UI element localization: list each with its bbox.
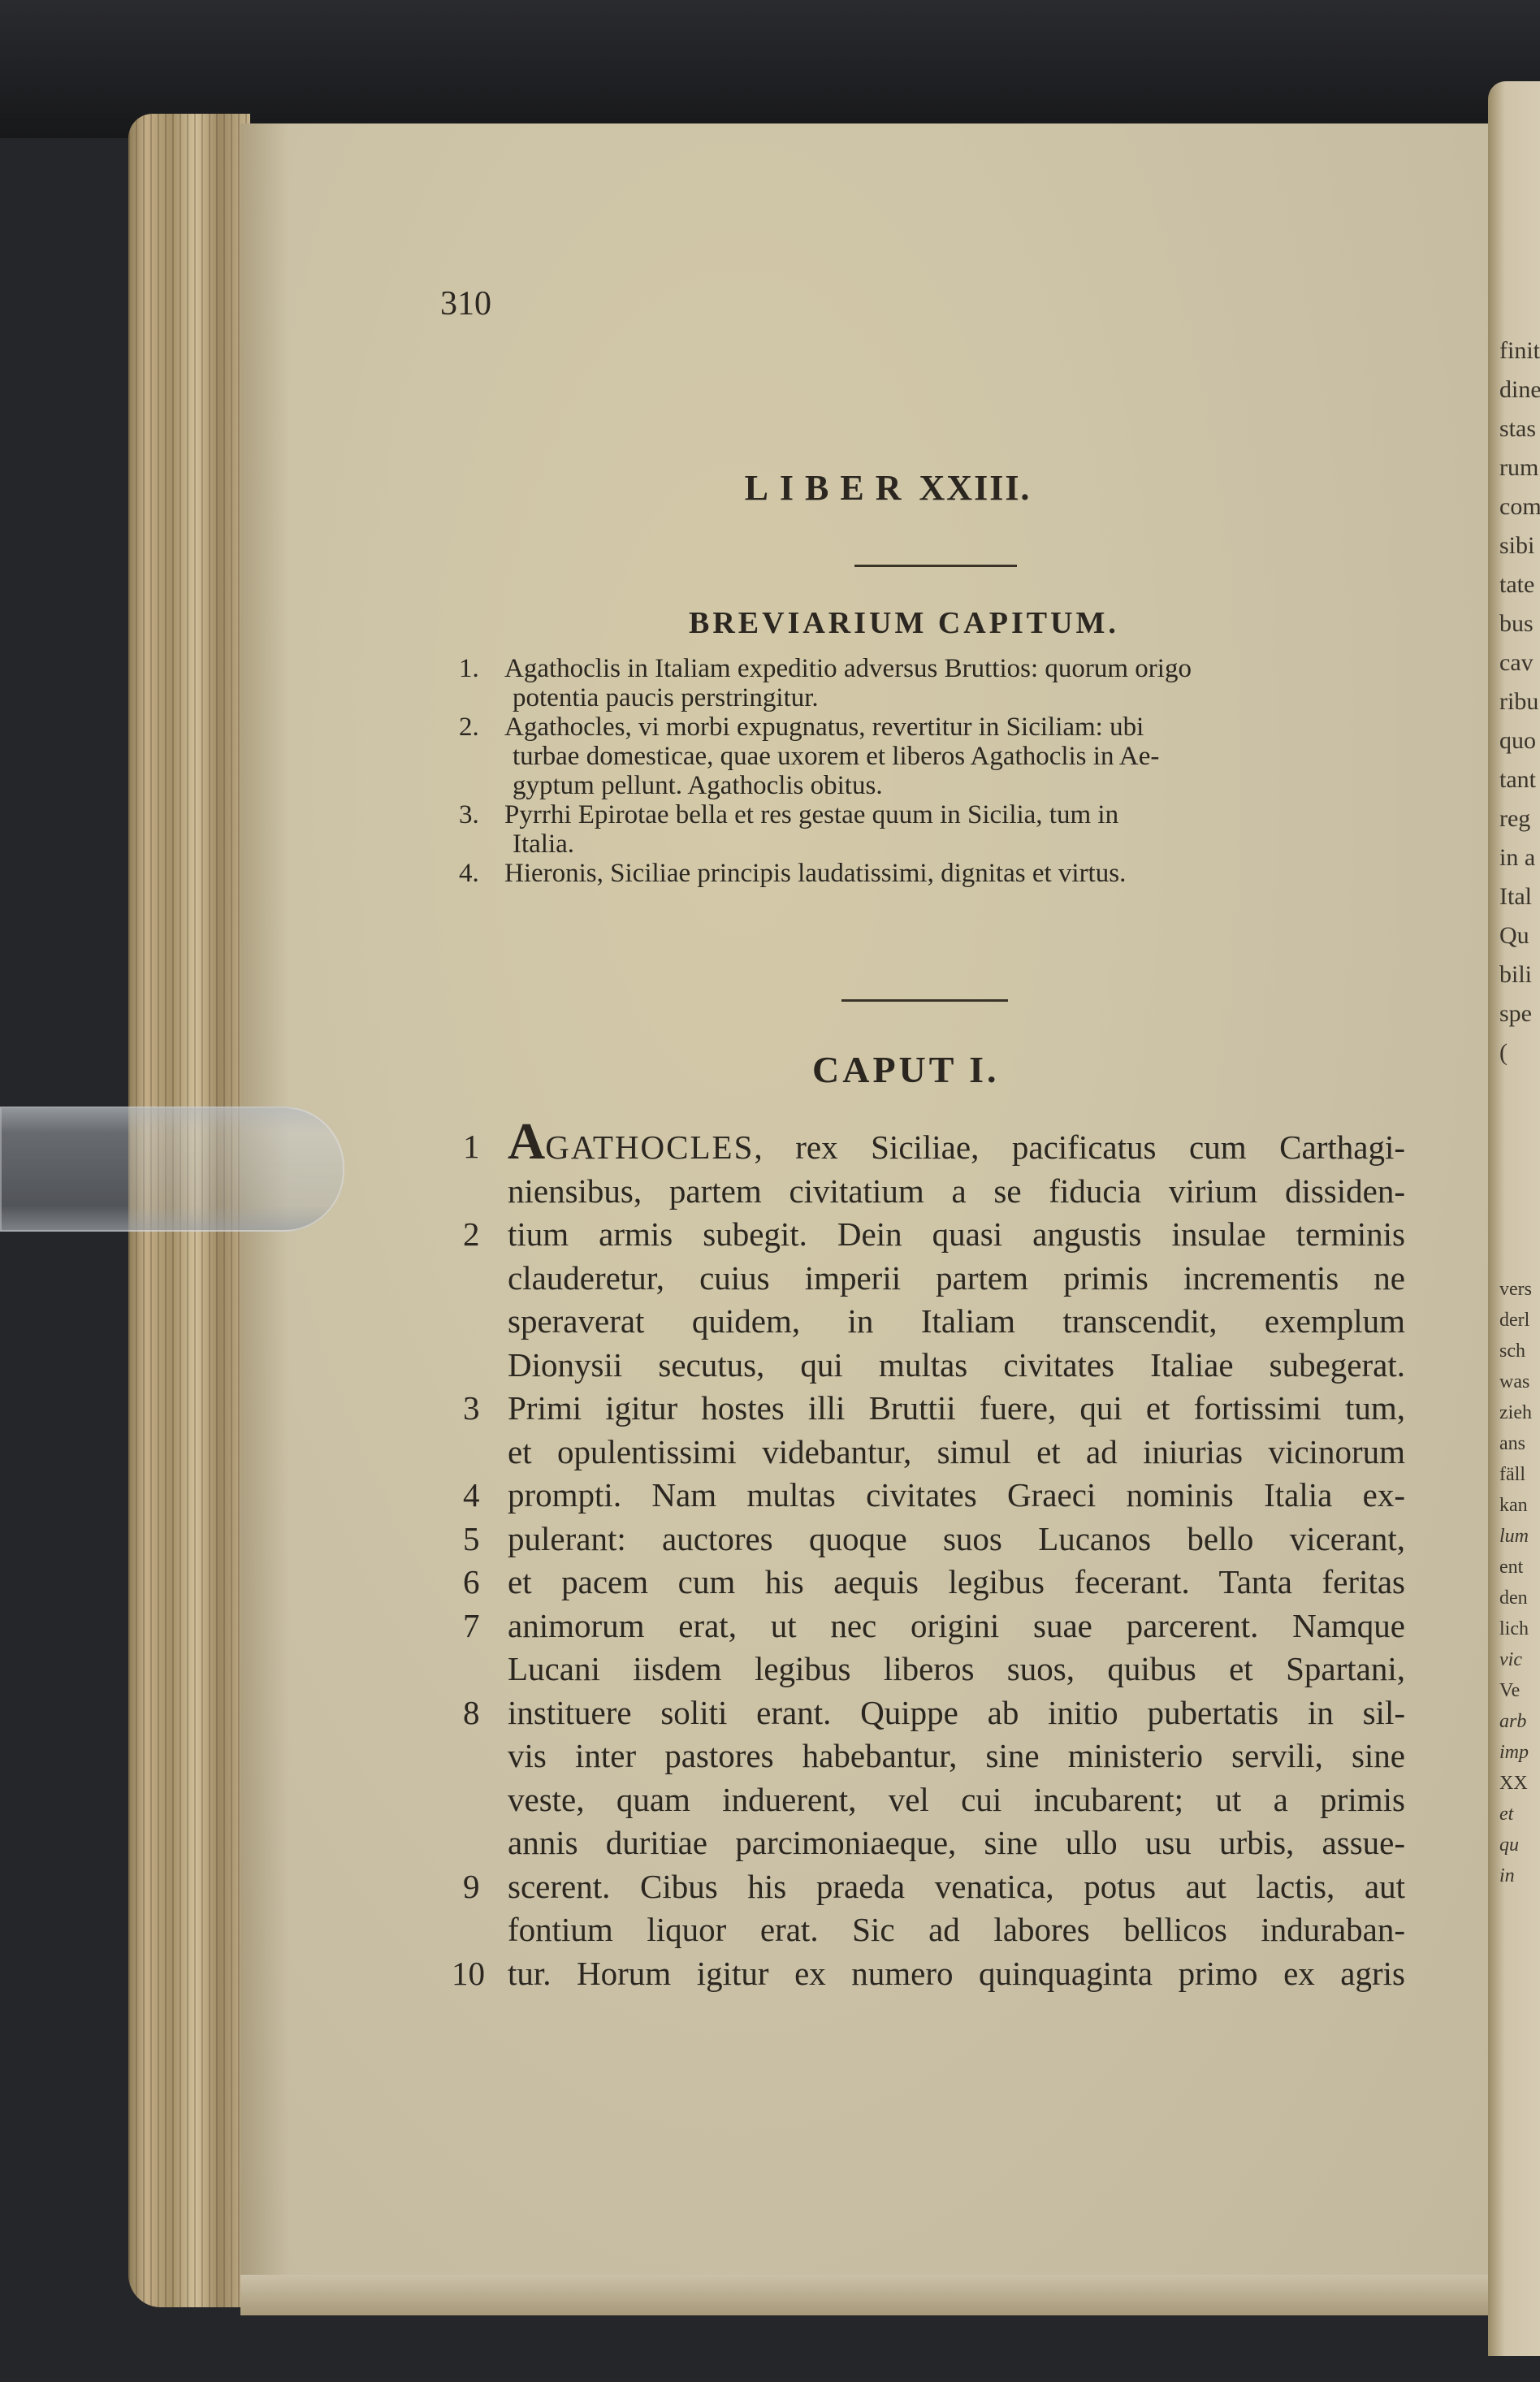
item-text: Pyrrhi Epirotae bella et res gestae quum… — [504, 800, 1401, 859]
line-text: instituere soliti erant. Quippe ab initi… — [508, 1691, 1405, 1735]
line-rest: , rex Siciliae, pacificatus cum Carthagi… — [754, 1128, 1405, 1166]
fragment: ( — [1499, 1033, 1540, 1072]
text-line: et opulentissimi videbantur, simul et ad… — [463, 1431, 1405, 1475]
text-line: 4prompti. Nam multas civitates Graeci no… — [463, 1474, 1405, 1518]
text-line: annis duritiae parcimoniaeque, sine ullo… — [463, 1821, 1405, 1865]
fragment: derl — [1499, 1305, 1532, 1336]
line-text: Lucani iisdem legibus liberos suos, quib… — [508, 1648, 1405, 1691]
section-number — [463, 1257, 508, 1301]
text-line: clauderetur, cuius imperii partem primis… — [463, 1257, 1405, 1301]
fragment: was — [1499, 1366, 1532, 1397]
fragment: cav — [1499, 643, 1540, 682]
fragment: XX — [1499, 1768, 1532, 1799]
fragment: zieh — [1499, 1397, 1532, 1428]
line-text: tur. Horum igitur ex numero quinquaginta… — [508, 1952, 1405, 1996]
fragment: tant — [1499, 760, 1540, 799]
line-text: vis inter pastores habebantur, sine mini… — [508, 1735, 1405, 1778]
section-number: 10 — [452, 1952, 508, 1996]
breviarium-item: 2. Agathocles, vi morbi expugnatus, reve… — [459, 712, 1401, 800]
line-text: clauderetur, cuius imperii partem primis… — [508, 1257, 1405, 1301]
fragment: ribu — [1499, 682, 1540, 721]
line-text: niensibus, partem civitatium a se fiduci… — [508, 1170, 1405, 1214]
text-line: 6et pacem cum his aequis legibus feceran… — [463, 1561, 1405, 1605]
text-line: 1 AGATHOCLES, rex Siciliae, pacificatus … — [463, 1125, 1405, 1170]
item-text: Agathoclis in Italiam expeditio adversus… — [504, 654, 1401, 712]
book-numeral: XXIII. — [919, 468, 1032, 508]
fragment: fäll — [1499, 1459, 1532, 1490]
section-number — [463, 1735, 508, 1778]
breviarium-item: 3. Pyrrhi Epirotae bella et res gestae q… — [459, 800, 1401, 859]
fragment: vic — [1499, 1644, 1532, 1675]
fragment: lich — [1499, 1613, 1532, 1644]
line-text: Primi igitur hostes illi Bruttii fuere, … — [508, 1387, 1405, 1431]
line-text: veste, quam induerent, vel cui incubaren… — [508, 1778, 1405, 1822]
page-number: 310 — [440, 284, 491, 323]
divider-rule — [854, 565, 1017, 567]
text-line: fontium liquor erat. Sic ad labores bell… — [463, 1908, 1405, 1952]
section-number: 6 — [463, 1561, 508, 1605]
line-text: AGATHOCLES, rex Siciliae, pacificatus cu… — [508, 1125, 1405, 1170]
section-number: 9 — [463, 1865, 508, 1909]
first-word: GATHOCLES — [545, 1128, 754, 1166]
fragment: dine — [1499, 370, 1540, 409]
divider-rule — [841, 999, 1008, 1002]
text-line: vis inter pastores habebantur, sine mini… — [463, 1735, 1405, 1778]
item-line: Pyrrhi Epirotae bella et res gestae quum… — [504, 800, 1401, 829]
fragment: in — [1499, 1860, 1532, 1891]
text-line: 10tur. Horum igitur ex numero quinquagin… — [463, 1952, 1405, 1996]
chapter-body: 1 AGATHOCLES, rex Siciliae, pacificatus … — [463, 1125, 1405, 1995]
line-text: pulerant: auctores quoque suos Lucanos b… — [508, 1518, 1405, 1561]
fragment: lum — [1499, 1521, 1532, 1552]
item-line: Hieronis, Siciliae principis laudatissim… — [504, 859, 1401, 888]
facing-page-upper-text: finit dine stas rum com sibi tate bus ca… — [1499, 331, 1540, 1072]
facing-page-lower-text: vers derl sch was zieh ans fäll kan lum … — [1499, 1274, 1532, 1891]
item-number: 2. — [459, 712, 504, 800]
line-text: annis duritiae parcimoniaeque, sine ullo… — [508, 1821, 1405, 1865]
text-line: Lucani iisdem legibus liberos suos, quib… — [463, 1648, 1405, 1691]
text-line: 8instituere soliti erant. Quippe ab init… — [463, 1691, 1405, 1735]
section-number — [463, 1431, 508, 1475]
fragment: ans — [1499, 1428, 1532, 1459]
line-text: tium armis subegit. Dein quasi angustis … — [508, 1213, 1405, 1257]
item-text: Hieronis, Siciliae principis laudatissim… — [504, 859, 1401, 888]
item-line: gyptum pellunt. Agathoclis obitus. — [504, 771, 1401, 800]
fragment: sibi — [1499, 526, 1540, 565]
fragment: kan — [1499, 1490, 1532, 1521]
fragment: bus — [1499, 604, 1540, 643]
text-line: 3Primi igitur hostes illi Bruttii fuere,… — [463, 1387, 1405, 1431]
fragment: Ital — [1499, 877, 1540, 916]
fragment: spe — [1499, 994, 1540, 1033]
item-line: Agathoclis in Italiam expeditio adversus… — [504, 654, 1401, 683]
fragment: finit — [1499, 331, 1540, 370]
section-number: 1 — [463, 1125, 508, 1170]
breviarium-item: 1. Agathoclis in Italiam expeditio adver… — [459, 654, 1401, 712]
fragment: Ve — [1499, 1675, 1532, 1706]
book-title-word: LIBER — [745, 468, 913, 508]
line-text: fontium liquor erat. Sic ad labores bell… — [508, 1908, 1405, 1952]
drop-cap: A — [508, 1112, 545, 1170]
fragment: arb — [1499, 1706, 1532, 1737]
item-number: 1. — [459, 654, 504, 712]
text-line: veste, quam induerent, vel cui incubaren… — [463, 1778, 1405, 1822]
item-line: Italia. — [504, 829, 1401, 859]
section-number — [463, 1778, 508, 1822]
fragment: stas — [1499, 409, 1540, 448]
page-holder-clip — [0, 1107, 344, 1232]
fragment: Qu — [1499, 916, 1540, 955]
item-text: Agathocles, vi morbi expugnatus, reverti… — [504, 712, 1401, 800]
section-number: 5 — [463, 1518, 508, 1561]
section-number — [463, 1908, 508, 1952]
text-line: 7animorum erat, ut nec origini suae parc… — [463, 1605, 1405, 1648]
fragment: qu — [1499, 1830, 1532, 1860]
line-text: et opulentissimi videbantur, simul et ad… — [508, 1431, 1405, 1475]
item-number: 3. — [459, 800, 504, 859]
section-number — [463, 1344, 508, 1388]
line-text: Dionysii secutus, qui multas civitates I… — [508, 1344, 1405, 1388]
section-number: 7 — [463, 1605, 508, 1648]
breviarium-list: 1. Agathoclis in Italiam expeditio adver… — [459, 654, 1401, 888]
line-text: scerent. Cibus his praeda venatica, potu… — [508, 1865, 1405, 1909]
line-text: speraverat quidem, in Italiam transcendi… — [508, 1300, 1405, 1344]
section-number: 3 — [463, 1387, 508, 1431]
item-number: 4. — [459, 859, 504, 888]
line-text: animorum erat, ut nec origini suae parce… — [508, 1605, 1405, 1648]
section-number: 2 — [463, 1213, 508, 1257]
text-line: 5pulerant: auctores quoque suos Lucanos … — [463, 1518, 1405, 1561]
facing-page-sliver: finit dine stas rum com sibi tate bus ca… — [1488, 81, 1540, 2356]
fragment: imp — [1499, 1737, 1532, 1768]
breviarium-item: 4. Hieronis, Siciliae principis laudatis… — [459, 859, 1401, 888]
line-text: et pacem cum his aequis legibus fecerant… — [508, 1561, 1405, 1605]
section-number: 8 — [463, 1691, 508, 1735]
book-title: LIBERXXIII. — [0, 467, 1540, 509]
section-number — [463, 1648, 508, 1691]
fragment: et — [1499, 1799, 1532, 1830]
fragment: bili — [1499, 955, 1540, 994]
chapter-title: CAPUT I. — [812, 1048, 1000, 1091]
line-text: prompti. Nam multas civitates Graeci nom… — [508, 1474, 1405, 1518]
item-line: potentia paucis perstringitur. — [504, 683, 1401, 712]
section-number — [463, 1300, 508, 1344]
fragment: reg — [1499, 799, 1540, 838]
item-line: Agathocles, vi morbi expugnatus, reverti… — [504, 712, 1401, 742]
breviarium-title: BREVIARIUM CAPITUM. — [689, 605, 1119, 641]
text-line: speraverat quidem, in Italiam transcendi… — [463, 1300, 1405, 1344]
page-bottom-edge — [240, 2275, 1488, 2315]
fragment: in a — [1499, 838, 1540, 877]
fragment: ent — [1499, 1552, 1532, 1583]
fragment: quo — [1499, 721, 1540, 760]
fragment: den — [1499, 1583, 1532, 1613]
text-line: niensibus, partem civitatium a se fiduci… — [463, 1170, 1405, 1214]
text-line: 2tium armis subegit. Dein quasi angustis… — [463, 1213, 1405, 1257]
fragment: vers — [1499, 1274, 1532, 1305]
text-line: Dionysii secutus, qui multas civitates I… — [463, 1344, 1405, 1388]
section-number — [463, 1821, 508, 1865]
fragment: sch — [1499, 1336, 1532, 1366]
item-line: turbae domesticae, quae uxorem et libero… — [504, 742, 1401, 771]
section-number: 4 — [463, 1474, 508, 1518]
section-number — [463, 1170, 508, 1214]
fragment: tate — [1499, 565, 1540, 604]
text-line: 9scerent. Cibus his praeda venatica, pot… — [463, 1865, 1405, 1909]
